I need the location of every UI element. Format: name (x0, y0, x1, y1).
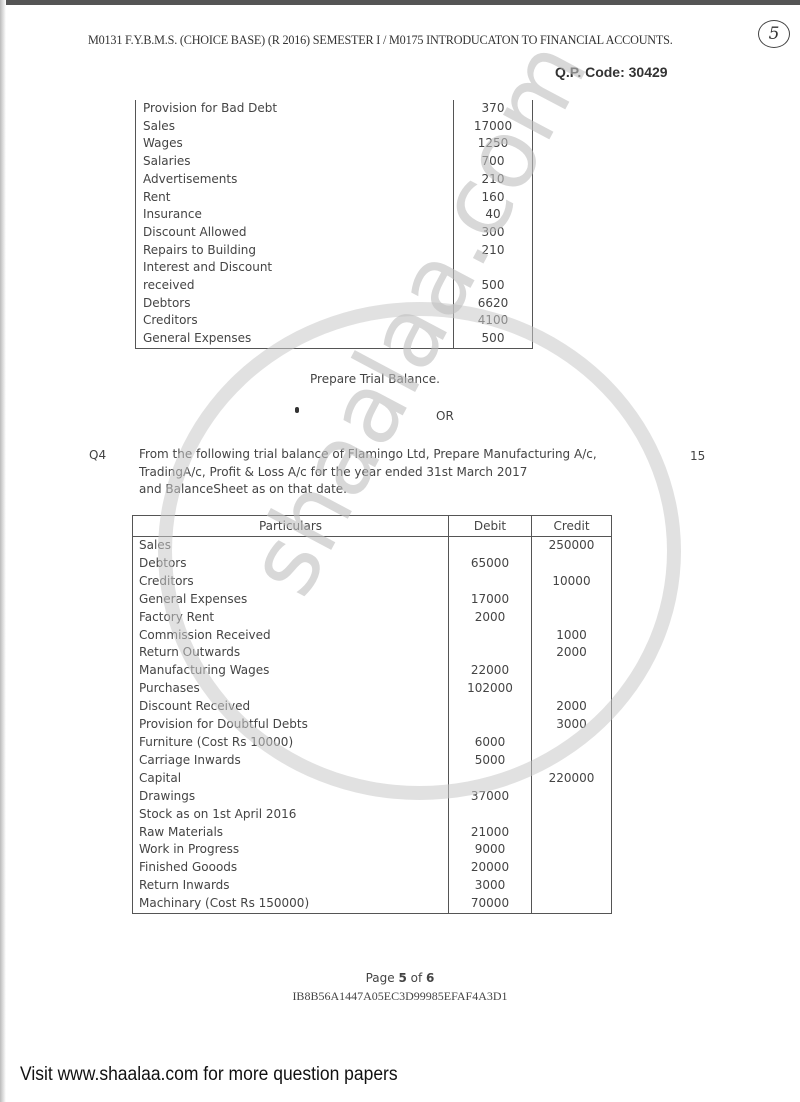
document-id: IB8B56A1447A05EC3D99985EFAF4A3D1 (0, 989, 800, 1004)
table-row: Factory Rent2000 (133, 609, 612, 627)
item-name: Repairs to Building (136, 242, 454, 260)
item-name: Debtors (136, 295, 454, 313)
table-row: Capital220000 (133, 770, 612, 788)
credit-amount: 1000 (532, 627, 612, 645)
table-row: Sales17000 (136, 118, 533, 136)
table-row: Wages1250 (136, 135, 533, 153)
trial-balance-items-table: Provision for Bad Debt370Sales17000Wages… (135, 100, 533, 349)
debit-amount: 65000 (449, 555, 532, 573)
item-value: 160 (454, 189, 533, 207)
account-name: Debtors (133, 555, 449, 573)
scan-top-edge (0, 0, 800, 5)
account-name: Furniture (Cost Rs 10000) (133, 734, 449, 752)
credit-amount (532, 555, 612, 573)
page-of: of (407, 971, 426, 985)
table-row: Interest and Discountreceived500 (136, 259, 533, 294)
account-name: Commission Received (133, 627, 449, 645)
page-prefix: Page (366, 971, 399, 985)
page-indicator: Page 5 of 6 (0, 971, 800, 985)
credit-amount: 3000 (532, 716, 612, 734)
ink-mark (295, 407, 299, 413)
credit-amount (532, 841, 612, 859)
account-name: Machinary (Cost Rs 150000) (133, 895, 449, 913)
debit-amount: 6000 (449, 734, 532, 752)
item-name: Insurance (136, 206, 454, 224)
table-row: Return Outwards2000 (133, 644, 612, 662)
account-name: Capital (133, 770, 449, 788)
item-value: 210 (454, 171, 533, 189)
table-row: Discount Received2000 (133, 698, 612, 716)
debit-amount (449, 537, 532, 555)
account-name: Discount Received (133, 698, 449, 716)
table-row: Repairs to Building210 (136, 242, 533, 260)
table-row: Raw Materials21000 (133, 824, 612, 842)
credit-amount: 10000 (532, 573, 612, 591)
item-value: 40 (454, 206, 533, 224)
scan-left-edge (0, 0, 6, 1102)
credit-amount: 250000 (532, 537, 612, 555)
account-name: Work in Progress (133, 841, 449, 859)
table-row: Carriage Inwards5000 (133, 752, 612, 770)
debit-amount: 2000 (449, 609, 532, 627)
table-row: Creditors4100 (136, 312, 533, 330)
item-value: 500 (454, 259, 533, 294)
credit-amount: 2000 (532, 698, 612, 716)
table-row: Work in Progress9000 (133, 841, 612, 859)
course-header: M0131 F.Y.B.M.S. (CHOICE BASE) (R 2016) … (88, 33, 673, 48)
item-value: 370 (454, 100, 533, 118)
credit-amount: 2000 (532, 644, 612, 662)
table-row: Rent160 (136, 189, 533, 207)
header-particulars: Particulars (133, 516, 449, 537)
account-name: Sales (133, 537, 449, 555)
debit-amount (449, 716, 532, 734)
account-name: Return Inwards (133, 877, 449, 895)
account-name: Stock as on 1st April 2016 (133, 806, 449, 824)
item-value: 6620 (454, 295, 533, 313)
credit-amount (532, 877, 612, 895)
flamingo-trial-balance-table: Particulars Debit Credit Sales250000Debt… (132, 515, 612, 914)
item-name: Rent (136, 189, 454, 207)
qp-code: Q.P. Code: 30429 (555, 64, 668, 80)
table-row: Machinary (Cost Rs 150000)70000 (133, 895, 612, 913)
account-name: Return Outwards (133, 644, 449, 662)
debit-amount: 9000 (449, 841, 532, 859)
debit-amount: 102000 (449, 680, 532, 698)
item-name: Creditors (136, 312, 454, 330)
credit-amount (532, 752, 612, 770)
debit-amount: 20000 (449, 859, 532, 877)
header-credit: Credit (532, 516, 612, 537)
account-name: Factory Rent (133, 609, 449, 627)
table-row: Salaries700 (136, 153, 533, 171)
table-header-row: Particulars Debit Credit (133, 516, 612, 537)
debit-amount: 5000 (449, 752, 532, 770)
debit-amount: 70000 (449, 895, 532, 913)
credit-amount (532, 788, 612, 806)
item-name: Salaries (136, 153, 454, 171)
instruction-text: Prepare Trial Balance. (310, 372, 440, 386)
item-name: Interest and Discountreceived (136, 259, 454, 294)
account-name: General Expenses (133, 591, 449, 609)
or-label: OR (436, 409, 454, 423)
account-name: Manufacturing Wages (133, 662, 449, 680)
handwritten-page-number: 5 (758, 20, 790, 48)
account-name: Provision for Doubtful Debts (133, 716, 449, 734)
credit-amount (532, 734, 612, 752)
item-name: Advertisements (136, 171, 454, 189)
debit-amount: 3000 (449, 877, 532, 895)
credit-amount (532, 609, 612, 627)
table-row: Creditors10000 (133, 573, 612, 591)
item-name: Discount Allowed (136, 224, 454, 242)
credit-amount (532, 662, 612, 680)
item-value: 210 (454, 242, 533, 260)
credit-amount (532, 591, 612, 609)
debit-amount (449, 644, 532, 662)
item-value: 1250 (454, 135, 533, 153)
table-row: Furniture (Cost Rs 10000)6000 (133, 734, 612, 752)
item-value: 700 (454, 153, 533, 171)
debit-amount: 17000 (449, 591, 532, 609)
page-current: 5 (398, 971, 406, 985)
account-name: Finished Gooods (133, 859, 449, 877)
table-row: Commission Received1000 (133, 627, 612, 645)
table-row: Discount Allowed300 (136, 224, 533, 242)
question-line: From the following trial balance of Flam… (139, 446, 599, 464)
account-name: Creditors (133, 573, 449, 591)
item-value: 300 (454, 224, 533, 242)
account-name: Raw Materials (133, 824, 449, 842)
table-row: Drawings37000 (133, 788, 612, 806)
promo-banner[interactable]: Visit www.shaalaa.com for more question … (20, 1064, 398, 1086)
debit-amount: 37000 (449, 788, 532, 806)
table-row: Provision for Doubtful Debts3000 (133, 716, 612, 734)
account-name: Purchases (133, 680, 449, 698)
table-row: Sales250000 (133, 537, 612, 555)
debit-amount: 21000 (449, 824, 532, 842)
credit-amount (532, 859, 612, 877)
question-line: TradingA/c, Profit & Loss A/c for the ye… (139, 464, 599, 482)
debit-amount (449, 698, 532, 716)
header-debit: Debit (449, 516, 532, 537)
table-row: General Expenses17000 (133, 591, 612, 609)
credit-amount (532, 680, 612, 698)
table-row: Stock as on 1st April 2016 (133, 806, 612, 824)
item-value: 4100 (454, 312, 533, 330)
page-total: 6 (426, 971, 434, 985)
debit-amount (449, 770, 532, 788)
table-row: General Expenses500 (136, 330, 533, 348)
table-row: Manufacturing Wages22000 (133, 662, 612, 680)
table-row: Finished Gooods20000 (133, 859, 612, 877)
item-value: 500 (454, 330, 533, 348)
debit-amount (449, 627, 532, 645)
debit-amount: 22000 (449, 662, 532, 680)
credit-amount: 220000 (532, 770, 612, 788)
table-row: Advertisements210 (136, 171, 533, 189)
item-value: 17000 (454, 118, 533, 136)
table-row: Debtors65000 (133, 555, 612, 573)
table-row: Purchases102000 (133, 680, 612, 698)
debit-amount (449, 573, 532, 591)
item-name: General Expenses (136, 330, 454, 348)
question-marks: 15 (690, 449, 705, 463)
account-name: Carriage Inwards (133, 752, 449, 770)
table-row: Return Inwards3000 (133, 877, 612, 895)
question-line: and BalanceSheet as on that date. (139, 481, 599, 499)
credit-amount (532, 895, 612, 913)
table-row: Provision for Bad Debt370 (136, 100, 533, 118)
table-row: Debtors6620 (136, 295, 533, 313)
item-name: Wages (136, 135, 454, 153)
question-text: From the following trial balance of Flam… (139, 446, 599, 499)
debit-amount (449, 806, 532, 824)
account-name: Drawings (133, 788, 449, 806)
item-name: Provision for Bad Debt (136, 100, 454, 118)
table-row: Insurance40 (136, 206, 533, 224)
item-name: Sales (136, 118, 454, 136)
credit-amount (532, 806, 612, 824)
credit-amount (532, 824, 612, 842)
question-number: Q4 (89, 448, 106, 462)
